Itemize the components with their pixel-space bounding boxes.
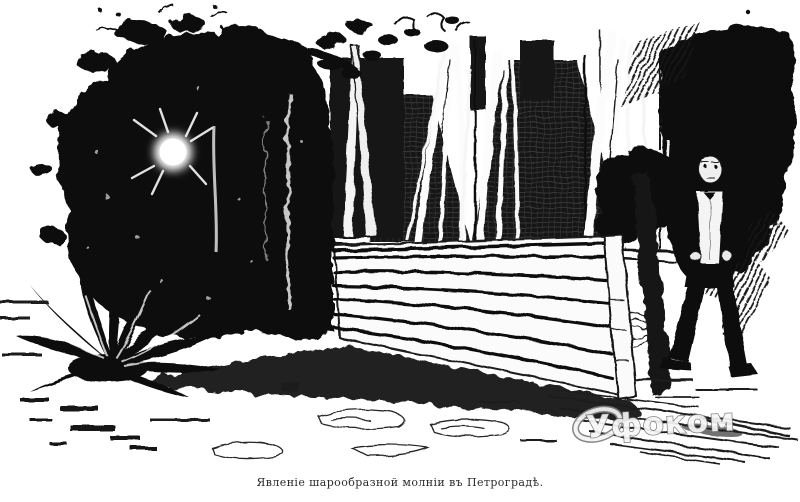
figure-caption: Явленіе шарообразной молніи въ Петроград… — [0, 476, 800, 489]
engraving-illustration: Уфоком — [0, 0, 800, 502]
man-face — [699, 156, 722, 183]
scanned-page: Уфоком Явленіе шарообразной молніи въ Пе… — [0, 0, 800, 502]
